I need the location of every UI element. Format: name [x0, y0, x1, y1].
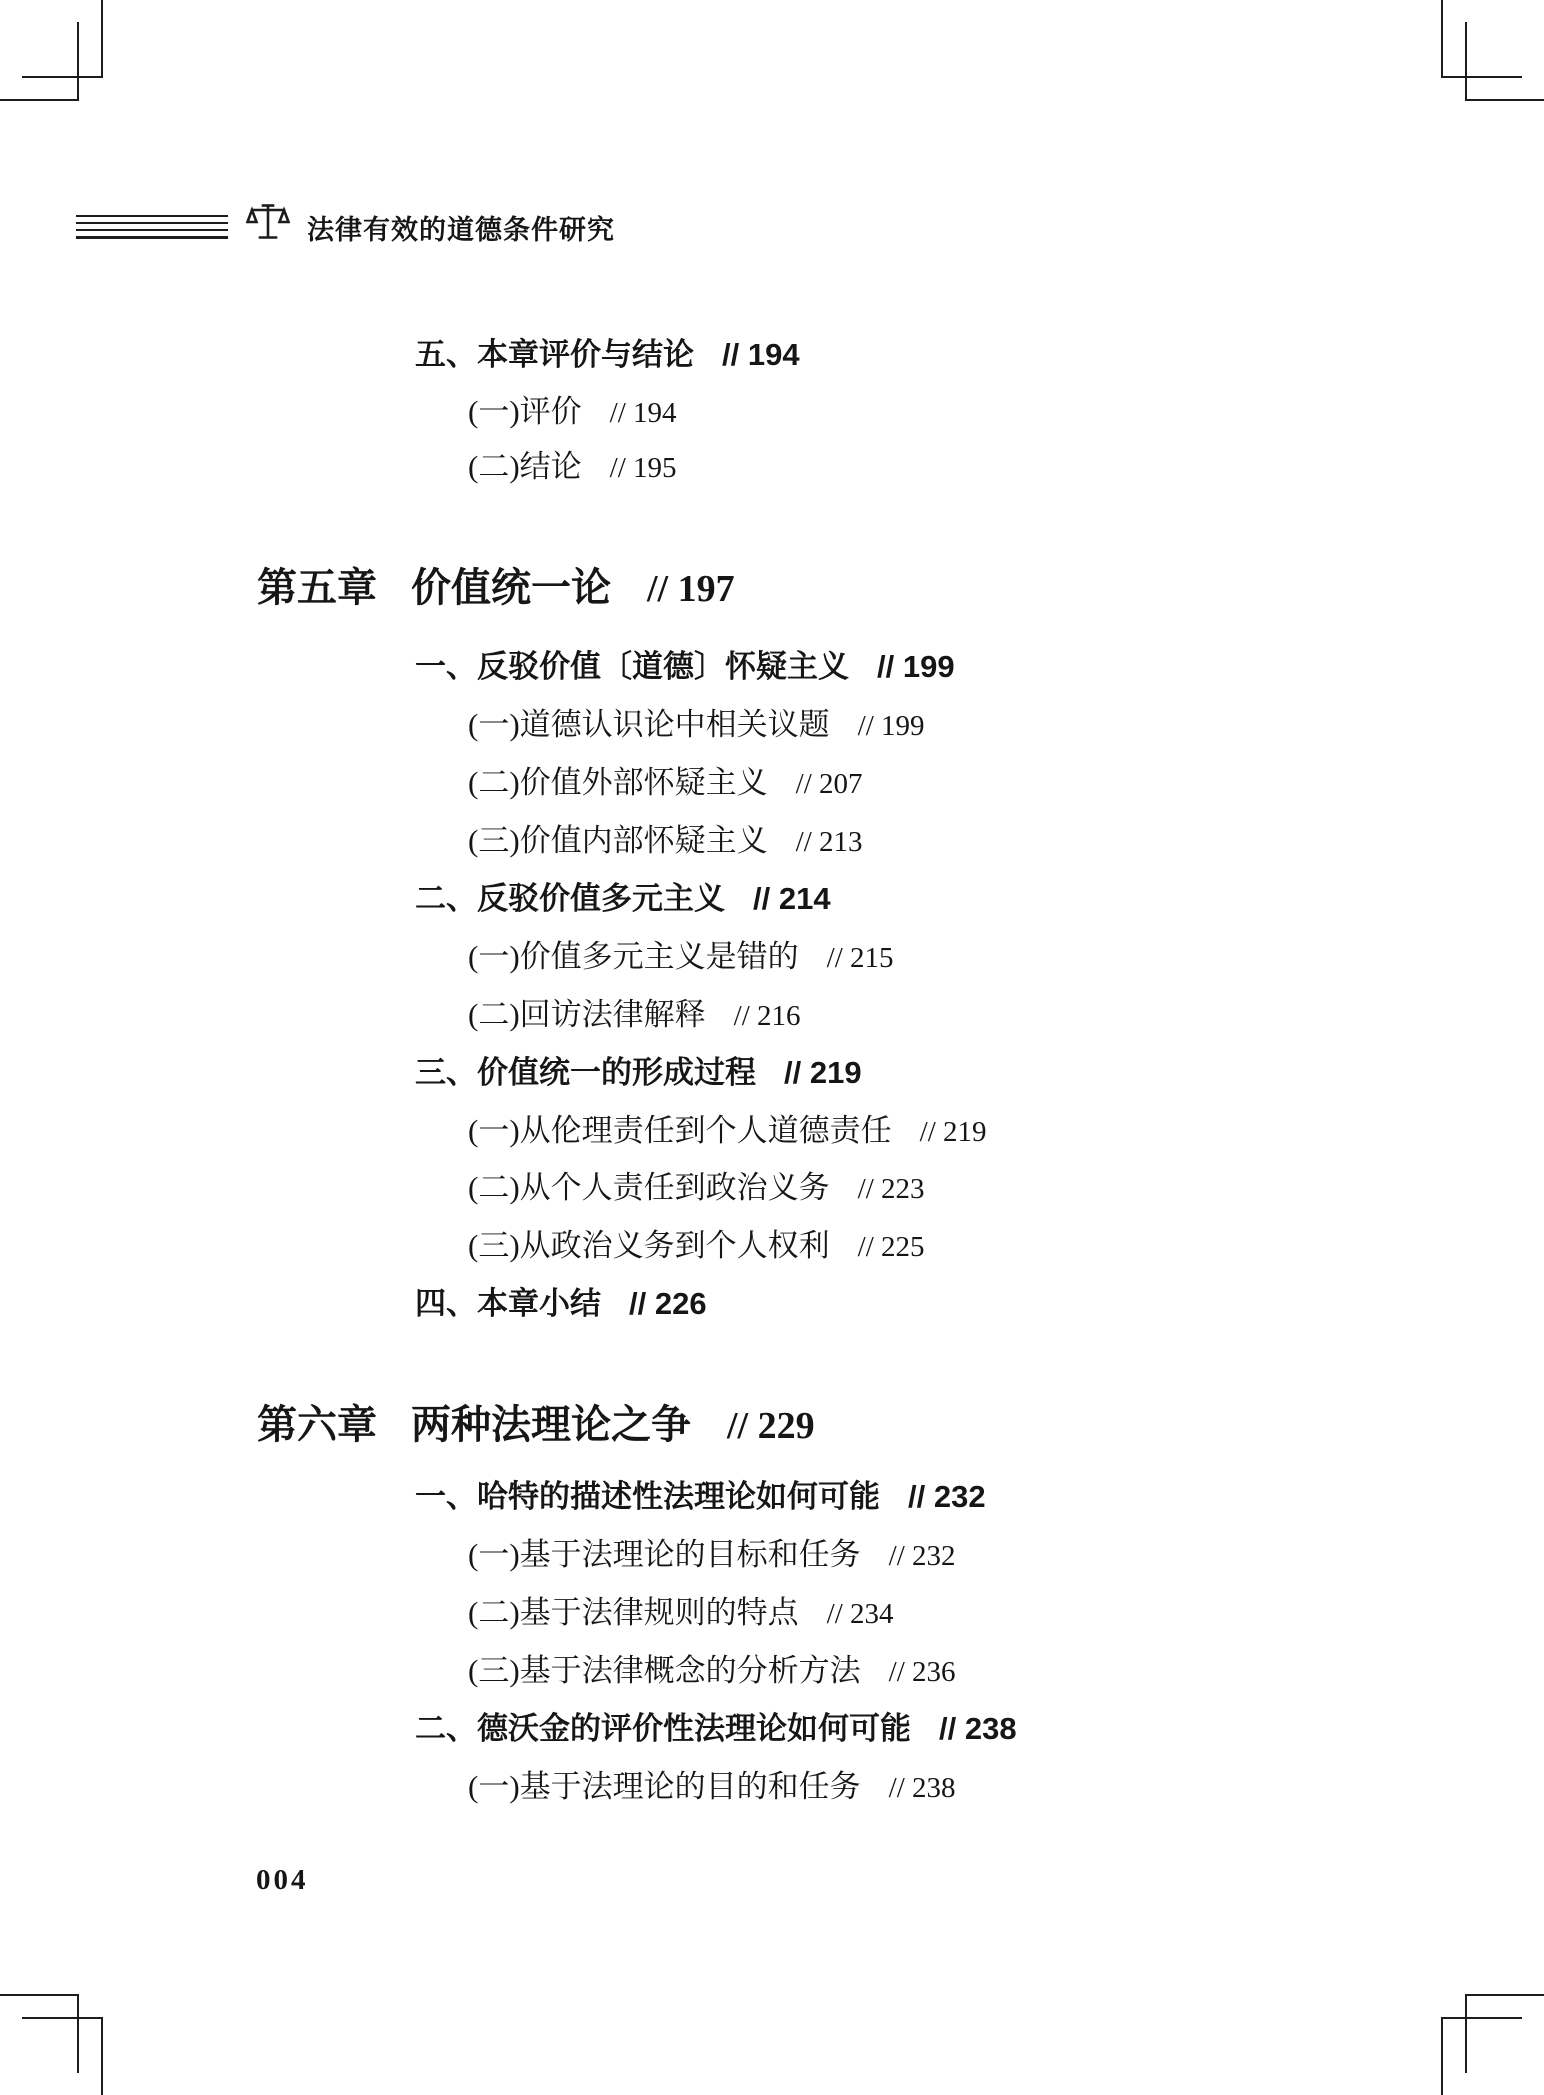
toc-entry: 五、本章评价与结论// 194 [415, 335, 800, 375]
corner-mark-top-right [1432, 0, 1544, 112]
corner-mark-line [22, 2017, 103, 2019]
toc-chapter-heading: 第五章价值统一论// 197 [257, 561, 735, 616]
toc-entry-label: 五、本章评价与结论 [415, 337, 694, 372]
chapter-number: 第五章 [257, 565, 377, 610]
corner-mark-line [1441, 0, 1443, 78]
toc-entry: (二)从个人责任到政治义务// 223 [468, 1168, 925, 1209]
toc-entry-label: (一)从伦理责任到个人道德责任 [468, 1113, 892, 1148]
toc-entry-label: (二)价值外部怀疑主义 [468, 765, 768, 800]
toc-entry-label: (一)评价 [468, 394, 582, 429]
toc-entry: (一)从伦理责任到个人道德责任// 219 [468, 1111, 987, 1152]
toc-entry-page: // 195 [610, 452, 677, 484]
toc-entry: (三)价值内部怀疑主义// 213 [468, 821, 863, 862]
toc-entry-page: // 238 [939, 1711, 1017, 1746]
corner-mark-line [1441, 2017, 1443, 2095]
toc-entry: (二)结论// 195 [468, 447, 677, 488]
corner-mark-line [101, 0, 103, 78]
header-rule [76, 222, 228, 224]
toc-entry: 一、哈特的描述性法理论如何可能// 232 [415, 1477, 986, 1517]
toc-entry-label: 四、本章小结 [415, 1286, 601, 1321]
toc-entry-label: (一)道德认识论中相关议题 [468, 707, 830, 742]
chapter-number: 第六章 [257, 1402, 377, 1447]
corner-mark-bottom-right [1432, 1983, 1544, 2095]
toc-entry: (二)价值外部怀疑主义// 207 [468, 763, 863, 804]
toc-entry-page: // 232 [908, 1479, 986, 1514]
header-rule-lines [76, 215, 228, 239]
toc-entry-page: // 232 [889, 1540, 956, 1572]
toc-entry-label: (一)价值多元主义是错的 [468, 939, 799, 974]
toc-entry: (一)基于法理论的目标和任务// 232 [468, 1535, 956, 1576]
header-book-title: 法律有效的道德条件研究 [307, 208, 615, 247]
toc-entry-label: (一)基于法理论的目的和任务 [468, 1769, 861, 1804]
toc-entry-page: // 234 [827, 1598, 894, 1630]
page-number: 004 [256, 1864, 309, 1897]
corner-mark-line [1465, 22, 1467, 101]
toc-entry: 二、德沃金的评价性法理论如何可能// 238 [415, 1709, 1017, 1749]
corner-mark-line [1441, 76, 1522, 78]
header-rule [76, 229, 228, 231]
toc-entry: (一)道德认识论中相关议题// 199 [468, 705, 925, 746]
toc-entry-label: 三、价值统一的形成过程 [415, 1055, 756, 1090]
corner-mark-line [1465, 1994, 1544, 1996]
corner-mark-line [1465, 99, 1544, 101]
toc-entry-page: // 215 [827, 942, 894, 974]
corner-mark-top-left [0, 0, 112, 112]
corner-mark-line [0, 1994, 79, 1996]
toc-entry: 一、反驳价值〔道德〕怀疑主义// 199 [415, 647, 955, 687]
toc-entry-page: // 194 [610, 397, 677, 429]
toc-entry-label: 一、哈特的描述性法理论如何可能 [415, 1479, 880, 1514]
corner-mark-line [77, 1994, 79, 2073]
toc-entry: (二)基于法律规则的特点// 234 [468, 1593, 894, 1634]
toc-entry-label: (二)回访法律解释 [468, 997, 706, 1032]
toc-entry-page: // 194 [722, 337, 800, 372]
toc-entry-page: // 223 [858, 1173, 925, 1205]
toc-entry-label: (二)从个人责任到政治义务 [468, 1170, 830, 1205]
toc-entry: (一)基于法理论的目的和任务// 238 [468, 1767, 956, 1808]
toc-entry-page: // 199 [858, 710, 925, 742]
toc-entry: (一)价值多元主义是错的// 215 [468, 937, 894, 978]
corner-mark-line [1465, 1994, 1467, 2073]
toc-entry: (一)评价// 194 [468, 392, 677, 433]
toc-entry-label: (三)基于法律概念的分析方法 [468, 1653, 861, 1688]
toc-entry-label: (二)基于法律规则的特点 [468, 1595, 799, 1630]
toc-entry: (二)回访法律解释// 216 [468, 995, 801, 1036]
toc-entry-label: (三)价值内部怀疑主义 [468, 823, 768, 858]
toc-entry-label: (三)从政治义务到个人权利 [468, 1228, 830, 1263]
corner-mark-line [77, 22, 79, 101]
toc-entry-label: 一、反驳价值〔道德〕怀疑主义 [415, 649, 849, 684]
toc-entry-page: // 219 [784, 1055, 862, 1090]
corner-mark-line [101, 2017, 103, 2095]
chapter-title: 两种法理论之争 [411, 1402, 691, 1447]
toc-entry-page: // 225 [858, 1231, 925, 1263]
header-rule [76, 236, 228, 239]
toc-entry-page: // 214 [753, 881, 831, 916]
corner-mark-line [0, 99, 79, 101]
scales-of-justice-icon [246, 203, 290, 248]
toc-entry: 三、价值统一的形成过程// 219 [415, 1053, 862, 1093]
book-toc-page: 法律有效的道德条件研究 五、本章评价与结论// 194 (一)评价// 194 … [0, 0, 1544, 2095]
toc-entry: 二、反驳价值多元主义// 214 [415, 879, 831, 919]
header-rule [76, 215, 228, 217]
toc-entry-page: // 199 [877, 649, 955, 684]
toc-entry: 四、本章小结// 226 [415, 1284, 707, 1324]
toc-entry-label: 二、反驳价值多元主义 [415, 881, 725, 916]
corner-mark-line [22, 76, 103, 78]
toc-entry-page: // 216 [734, 1000, 801, 1032]
toc-entry: (三)基于法律概念的分析方法// 236 [468, 1651, 956, 1692]
toc-entry-label: 二、德沃金的评价性法理论如何可能 [415, 1711, 911, 1746]
toc-entry-page: // 236 [889, 1656, 956, 1688]
toc-entry-page: // 229 [727, 1405, 815, 1447]
corner-mark-bottom-left [0, 1983, 112, 2095]
toc-chapter-heading: 第六章两种法理论之争// 229 [257, 1398, 815, 1453]
toc-entry: (三)从政治义务到个人权利// 225 [468, 1226, 925, 1267]
toc-entry-page: // 226 [629, 1286, 707, 1321]
chapter-title: 价值统一论 [411, 565, 611, 610]
toc-entry-page: // 213 [796, 826, 863, 858]
toc-entry-page: // 219 [920, 1116, 987, 1148]
toc-entry-page: // 197 [647, 568, 735, 610]
toc-entry-page: // 207 [796, 768, 863, 800]
toc-entry-label: (二)结论 [468, 449, 582, 484]
corner-mark-line [1441, 2017, 1522, 2019]
toc-entry-label: (一)基于法理论的目标和任务 [468, 1537, 861, 1572]
toc-entry-page: // 238 [889, 1772, 956, 1804]
